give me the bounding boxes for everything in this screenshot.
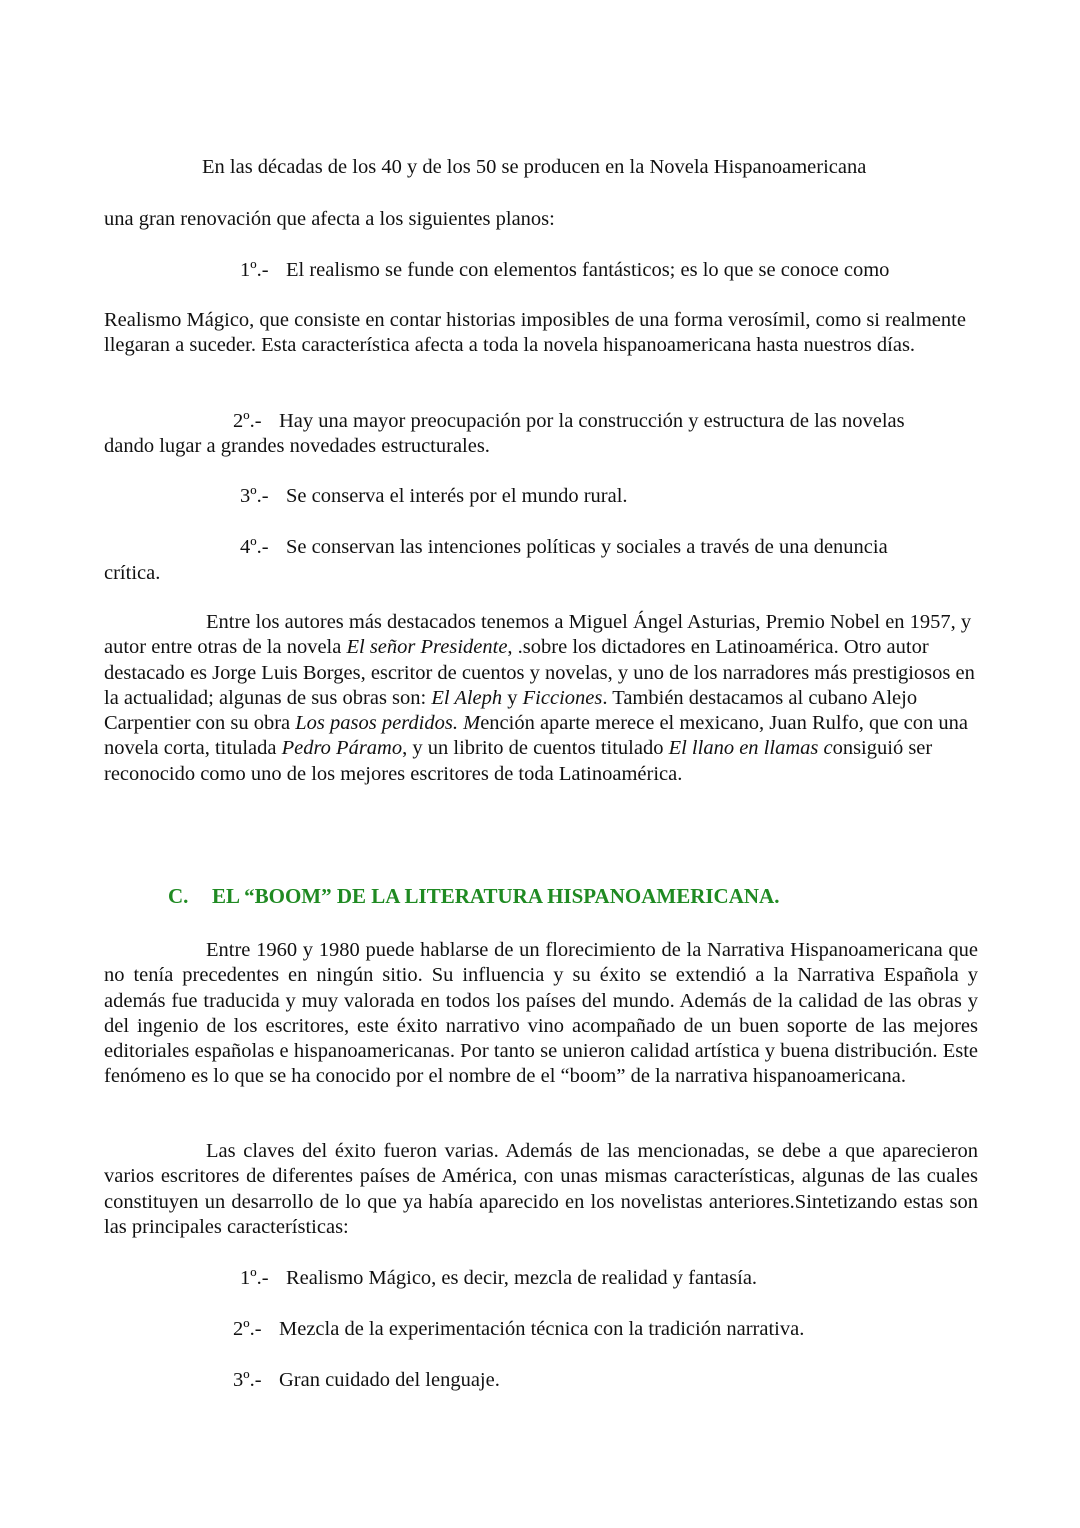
list-item-1: 1º.-El realismo se funde con elementos f… <box>240 258 889 283</box>
list-number: 3º.- <box>233 1368 279 1393</box>
list-number: 2º.- <box>233 1317 279 1342</box>
list-item-4: 4º.-Se conservan las intenciones polític… <box>240 535 888 560</box>
list-text: El realismo se funde con elementos fantá… <box>286 259 889 281</box>
list-item-2-continuation: dando lugar a grandes novedades estructu… <box>104 434 490 459</box>
work-title: Los pasos perdidos. M <box>295 712 480 734</box>
list-item-4-continuation: crítica. <box>104 561 160 586</box>
intro-line-2: una gran renovación que afecta a los sig… <box>104 207 555 232</box>
list-number: 2º.- <box>233 409 279 434</box>
work-title: El llano en llamas c <box>669 737 833 759</box>
section-letter: C. <box>168 884 212 909</box>
list-number: 1º.- <box>240 1266 286 1291</box>
list-item-2: 2º.-Hay una mayor preocupación por la co… <box>233 409 905 434</box>
boom-item-1: 1º.-Realismo Mágico, es decir, mezcla de… <box>240 1266 757 1291</box>
boom-item-2: 2º.-Mezcla de la experimentación técnica… <box>233 1317 804 1342</box>
list-text: Se conserva el interés por el mundo rura… <box>286 485 628 507</box>
authors-paragraph: Entre los autores más destacados tenemos… <box>104 610 978 787</box>
list-text: Hay una mayor preocupación por la constr… <box>279 410 905 432</box>
section-heading: C.EL “BOOM” DE LA LITERATURA HISPANOAMER… <box>168 884 779 909</box>
list-text: Realismo Mágico, es decir, mezcla de rea… <box>286 1267 757 1289</box>
list-text: Se conservan las intenciones políticas y… <box>286 536 888 558</box>
intro-line-1: En las décadas de los 40 y de los 50 se … <box>202 155 866 180</box>
list-number: 4º.- <box>240 535 286 560</box>
boom-paragraph-2: Las claves del éxito fueron varias. Adem… <box>104 1139 978 1240</box>
section-title: EL “BOOM” DE LA LITERATURA HISPANOAMERIC… <box>212 884 779 908</box>
boom-item-3: 3º.-Gran cuidado del lenguaje. <box>233 1368 500 1393</box>
list-number: 3º.- <box>240 484 286 509</box>
work-title: El Aleph <box>431 687 502 709</box>
work-title: Ficciones <box>523 687 603 709</box>
list-item-3: 3º.-Se conserva el interés por el mundo … <box>240 484 628 509</box>
list-text: Gran cuidado del lenguaje. <box>279 1369 500 1391</box>
boom-paragraph-1: Entre 1960 y 1980 puede hablarse de un f… <box>104 938 978 1090</box>
list-item-1-continuation: Realismo Mágico, que consiste en contar … <box>104 308 978 359</box>
work-title: El señor Presidente <box>346 636 507 658</box>
list-text: Mezcla de la experimentación técnica con… <box>279 1318 804 1340</box>
list-number: 1º.- <box>240 258 286 283</box>
work-title: Pedro Páramo <box>282 737 403 759</box>
